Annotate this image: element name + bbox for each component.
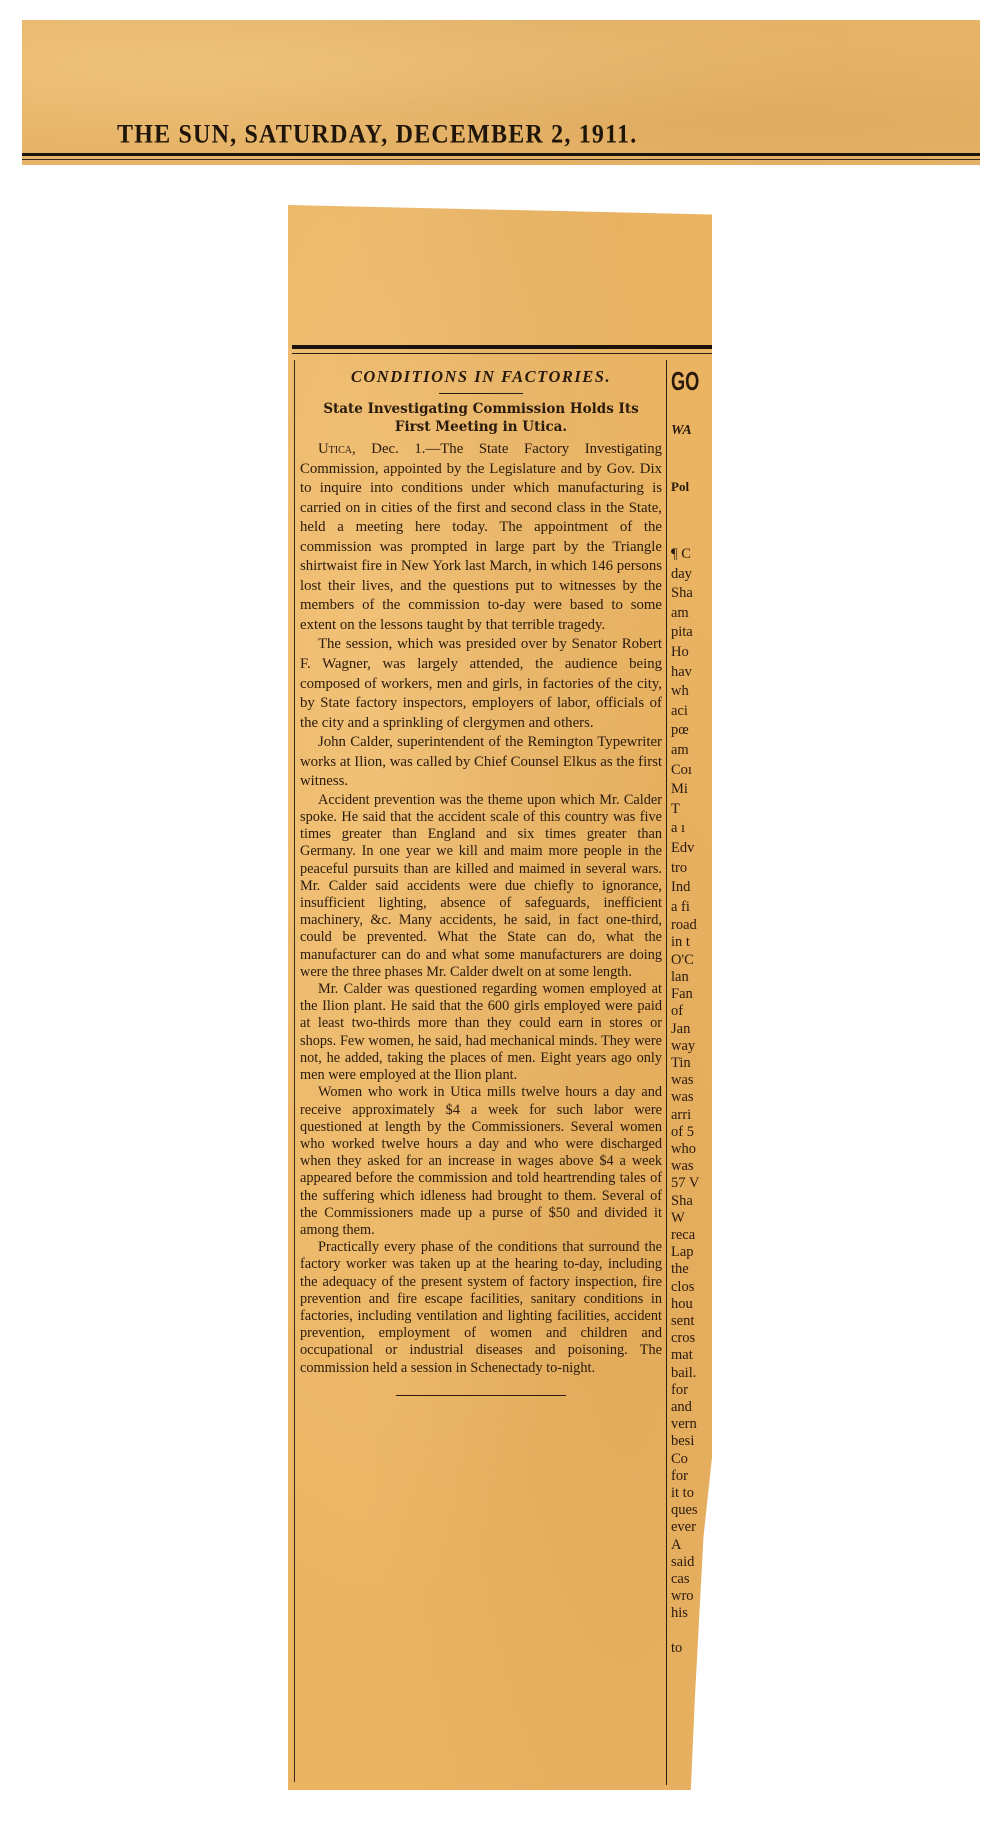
adjacent-line-fragment: Tin [671,1055,711,1072]
adjacent-line-fragment [671,1623,711,1640]
adjacent-line-fragment: aci [671,702,711,722]
adjacent-subheading-2: Pol [671,479,711,495]
article-clipping: Conditions in Factories. State Investiga… [288,205,712,1790]
adjacent-line-fragment: reca [671,1227,711,1244]
adjacent-line-fragment: Mi [671,780,711,800]
blank-paper-band [288,205,712,345]
adjacent-heading: GO [671,363,699,399]
adjacent-line-fragment: wh [671,682,711,702]
adjacent-line-fragment: ever [671,1519,711,1536]
newspaper-dateline: THE SUN, SATURDAY, DECEMBER 2, 1911. [117,121,637,150]
article-paragraph: Utica, Dec. 1.—The State Factory Investi… [300,440,662,635]
dateline-place: Utica [318,441,352,457]
adjacent-line-fragment: am [671,741,711,761]
masthead-clipping: THE SUN, SATURDAY, DECEMBER 2, 1911. [22,20,980,165]
adjacent-line-fragment: a ı [671,819,711,839]
article-paragraph: Mr. Calder was questioned regarding wome… [300,981,662,1084]
masthead-rule [22,153,980,156]
article-paragraph: Women who work in Utica mills twelve hou… [300,1084,662,1239]
adjacent-line-fragment: vern [671,1416,711,1433]
adjacent-text-fragments-lower: roadin tO'ClanFanofJanwayTinwaswasarriof… [671,917,711,1657]
adjacent-line-fragment: hou [671,1296,711,1313]
adjacent-line-fragment: said [671,1554,711,1571]
subhead-line: State Investigating Commission Holds Its [300,400,662,418]
article-paragraph: The session, which was presided over by … [300,635,662,733]
masthead-rule-thin [22,159,980,160]
adjacent-line-fragment: A [671,1537,711,1554]
adjacent-line-fragment: W [671,1210,711,1227]
adjacent-line-fragment: Ind [671,878,711,898]
adjacent-line-fragment: Ho [671,643,711,663]
adjacent-line-fragment: day [671,565,711,585]
subhead-line: First Meeting in Utica. [300,418,662,436]
article-paragraph: Practically every phase of the condition… [300,1239,662,1377]
adjacent-line-fragment: Coı [671,761,711,781]
adjacent-line-fragment: for [671,1468,711,1485]
adjacent-line-fragment: 57 V [671,1175,711,1192]
adjacent-line-fragment: hav [671,663,711,683]
adjacent-line-fragment: his [671,1605,711,1622]
adjacent-line-fragment: am [671,604,711,624]
adjacent-line-fragment: lan [671,969,711,986]
adjacent-text-fragments: ¶ CdayShaampitaHohavwhacipœamCoıMiTa ıEd… [671,545,711,917]
adjacent-line-fragment: of [671,1003,711,1020]
article-paragraph: John Calder, superintendent of the Remin… [300,733,662,792]
adjacent-line-fragment: Sha [671,1193,711,1210]
adjacent-line-fragment: T [671,800,711,820]
adjacent-line-fragment: was [671,1158,711,1175]
headline-rule [439,393,523,394]
adjacent-line-fragment: Lap [671,1244,711,1261]
adjacent-line-fragment: bail. [671,1365,711,1382]
adjacent-line-fragment: besi [671,1433,711,1450]
column-rule-left [294,360,295,1782]
adjacent-line-fragment: ques [671,1502,711,1519]
adjacent-line-fragment: arri [671,1107,711,1124]
adjacent-line-fragment: pœ [671,721,711,741]
adjacent-line-fragment: was [671,1072,711,1089]
adjacent-line-fragment: in t [671,934,711,951]
article-subhead: State Investigating Commission Holds Its… [300,400,662,436]
adjacent-subheading: WA [671,423,711,439]
adjacent-line-fragment: it to [671,1485,711,1502]
adjacent-line-fragment: Jan [671,1021,711,1038]
article-end-rule [396,1395,566,1397]
adjacent-line-fragment: Edv [671,839,711,859]
adjacent-line-fragment: sent [671,1313,711,1330]
article-body: Utica, Dec. 1.—The State Factory Investi… [300,440,662,1377]
adjacent-line-fragment: was [671,1089,711,1106]
adjacent-line-fragment: ¶ C [671,545,711,565]
paragraph-text: , Dec. 1.—The State Factory Investigatin… [300,441,662,633]
adjacent-line-fragment: to [671,1640,711,1657]
column-top-rule-thin [292,353,712,354]
adjacent-line-fragment: tro [671,859,711,879]
adjacent-line-fragment: O'C [671,952,711,969]
adjacent-line-fragment: cros [671,1330,711,1347]
adjacent-line-fragment: Sha [671,584,711,604]
article-paragraph: Accident prevention was the theme upon w… [300,792,662,981]
article-headline: Conditions in Factories. [300,367,662,387]
adjacent-column-fragment: GO WA Pol ¶ CdayShaampitaHohavwhacipœamC… [671,363,711,1657]
adjacent-line-fragment: for [671,1382,711,1399]
adjacent-line-fragment: clos [671,1279,711,1296]
adjacent-line-fragment: a fi [671,898,711,918]
article: Conditions in Factories. State Investiga… [300,363,662,1396]
adjacent-line-fragment: Fan [671,986,711,1003]
adjacent-line-fragment: the [671,1261,711,1278]
column-rule-right [666,360,667,1785]
adjacent-line-fragment: and [671,1399,711,1416]
column-top-rule [292,345,712,349]
adjacent-line-fragment: wro [671,1588,711,1605]
adjacent-line-fragment: cas [671,1571,711,1588]
adjacent-line-fragment: pita [671,623,711,643]
adjacent-line-fragment: Co [671,1451,711,1468]
adjacent-line-fragment: way [671,1038,711,1055]
adjacent-line-fragment: mat [671,1347,711,1364]
adjacent-line-fragment: of 5 [671,1124,711,1141]
adjacent-line-fragment: road [671,917,711,934]
adjacent-line-fragment: who [671,1141,711,1158]
